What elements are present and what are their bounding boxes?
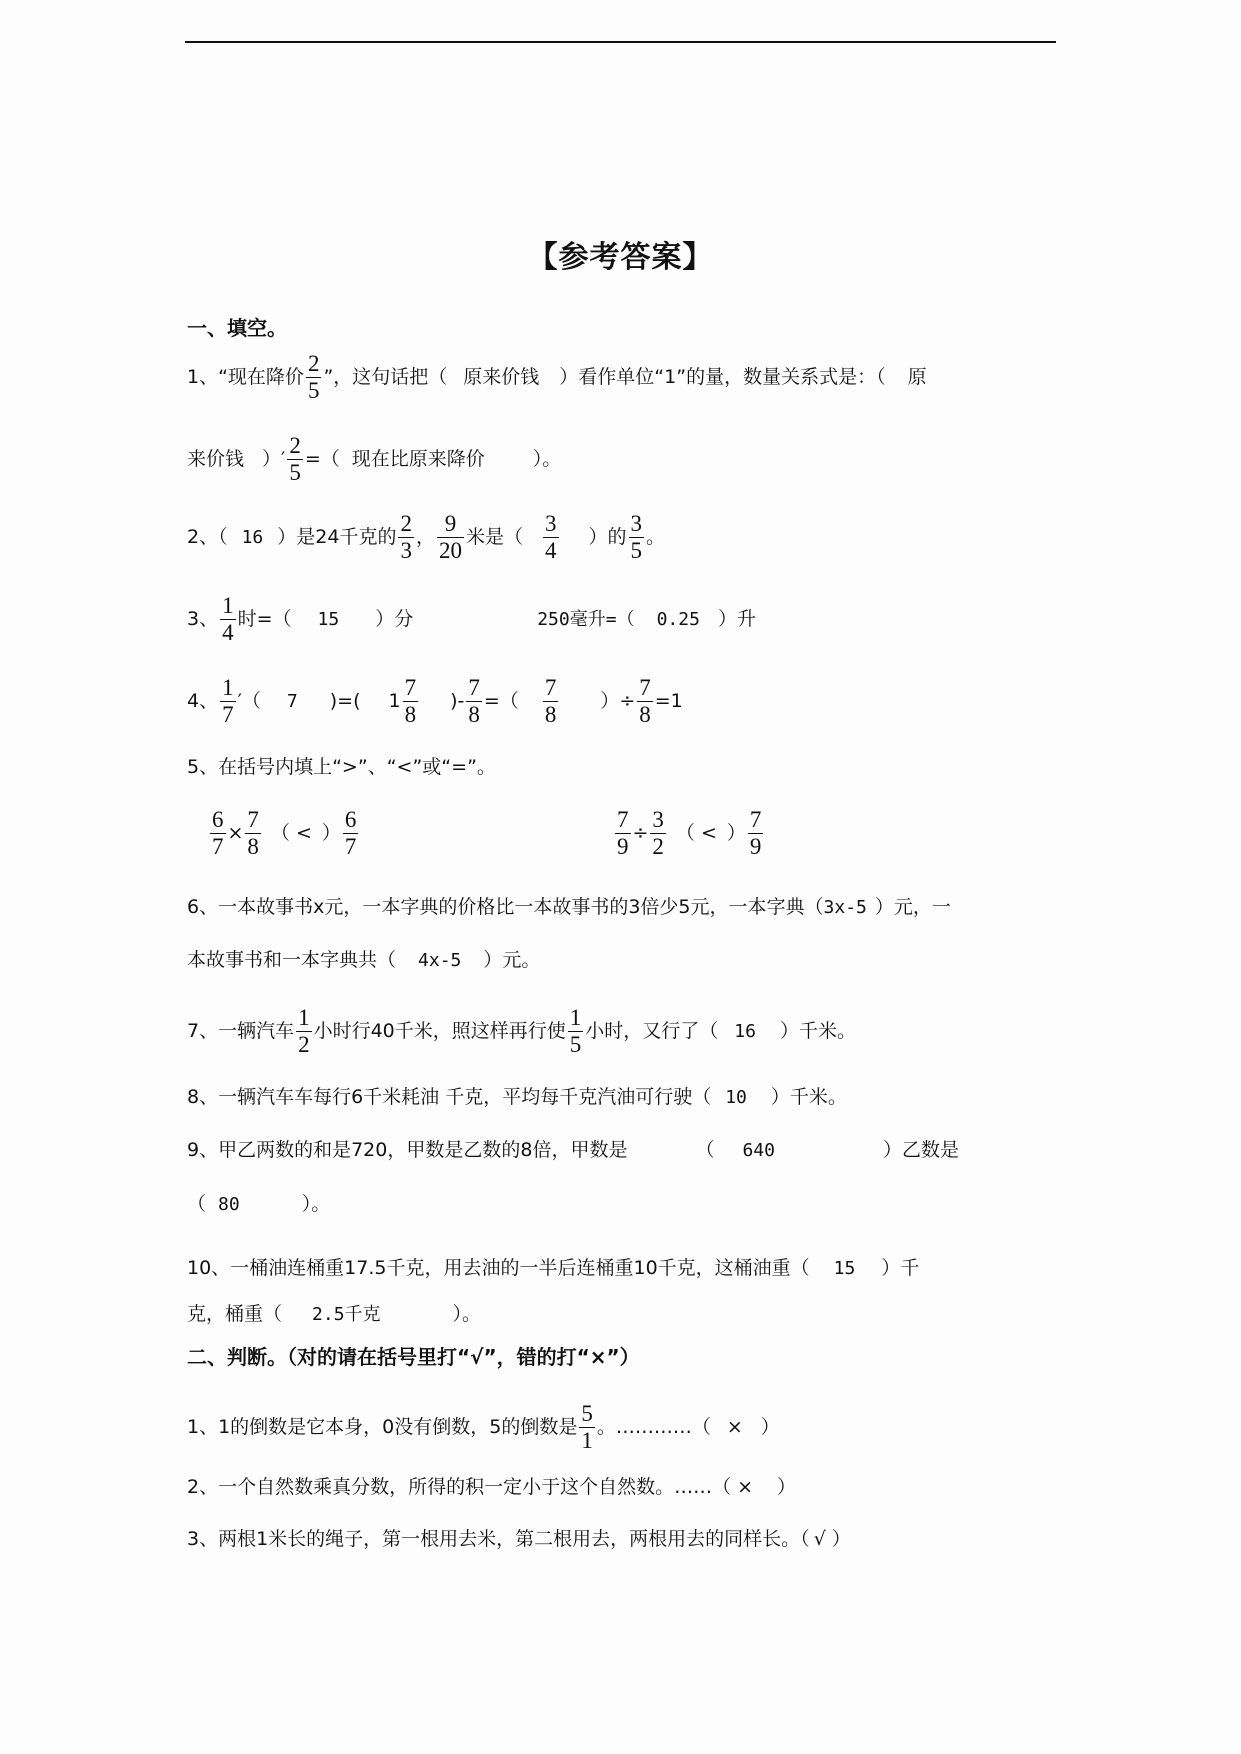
q9-line1: 9、甲乙两数的和是720，甲数是乙数的8倍，甲数是 （ 640 ）乙数是 [187,1141,959,1160]
text: 3、 [187,610,218,629]
text: 。 [646,528,665,547]
q7-line: 7、一辆汽车 12 小时行40千米，照这样再行使 15 小时，又行了（ 16 ）… [187,1006,856,1057]
text: ）。 [533,450,562,469]
text: ）看作单位“1”的量，数量关系式是：（ [559,368,885,387]
answer: < [296,824,312,843]
text: 2、一个自然数乘真分数，所得的积一定小于这个自然数。……（ [187,1478,731,1497]
fraction: 78 [637,676,653,727]
text: ）是24千克的 [277,528,396,547]
q6-line1: 6、一本故事书x元，一本字典的价格比一本故事书的3倍少5元，一本字典（ 3x-5… [187,898,951,917]
fraction: 23 [398,512,414,563]
answer: 640 [742,1142,775,1160]
text: ）。 [302,1195,331,1214]
text: ）乙数是 [883,1141,959,1160]
answer: × [737,1478,753,1497]
text: 5、在括号内填上“>”、“<”或“=”。 [187,758,496,777]
header-rule [185,41,1056,43]
q4-line: 4、 17 ′（ 7 )=( 1 78 )- 78 =（ 78 ）÷ 78 =1 [187,676,683,727]
section1-heading: 一、填空。 [187,312,287,341]
fraction: 17 [220,676,236,727]
text: 3、两根1米长的绳子，第一根用去米，第二根用去，两根用去的同样长。（ [187,1530,810,1549]
answer-mixed-number: 1 78 [389,676,421,727]
q5-right-comparison: 79 ÷ 32 （ < ） 79 [613,808,765,859]
text: ”，这句话把（ [323,368,447,387]
text: ）的 [589,528,627,547]
text: ）分 [375,610,413,629]
text: ）千米。 [771,1088,847,1107]
answer: × [727,1418,743,1437]
text: 米是（ [466,528,523,547]
answer: 15 [834,1260,856,1278]
text: （ [676,824,695,843]
answer-fraction: 34 [543,512,559,563]
answer: 现在比原来降价 [352,450,485,469]
text: ）升 [718,610,756,629]
text: （ [271,824,290,843]
text: ， [416,528,435,547]
q1-line1: 1、“现在降价 25 ”，这句话把（ 原来价钱 ）看作单位“1”的量，数量关系式… [187,352,927,403]
text: )=( [330,692,361,711]
text: 小时，又行了（ [585,1022,718,1041]
text: ）÷ [600,692,635,711]
answer: 10 [725,1089,747,1107]
text: ）千米。 [780,1022,856,1041]
text: 7、一辆汽车 [187,1022,294,1041]
text: 6、一本故事书x元，一本字典的价格比一本故事书的3倍少5元，一本字典（ [187,898,824,917]
text: ）千 [881,1259,919,1278]
q9-line2: （ 80 ）。 [187,1195,330,1214]
fraction: 14 [220,594,236,645]
text: =1 [655,692,683,711]
answer: 4x-5 [418,952,461,970]
q10-line2: 克，桶重（ 2.5千克 ）。 [187,1305,481,1324]
answer: < [701,824,717,843]
answer: 80 [218,1196,240,1214]
text: =（ [484,692,519,711]
text: ）′ [262,450,285,469]
text: 1、“现在降价 [187,368,304,387]
q5-prompt: 5、在括号内填上“>”、“<”或“=”。 [187,758,496,777]
s2-q2-line: 2、一个自然数乘真分数，所得的积一定小于这个自然数。……（ × ） [187,1478,796,1497]
text: ）元。 [483,951,540,970]
text: 4、 [187,692,218,711]
page-title: 【参考答案】 [0,232,1241,276]
text: ）元，一 [875,898,951,917]
answer: √ [814,1530,826,1549]
text: 时=（ [238,610,292,629]
q6-line2: 本故事书和一本字典共（ 4x-5 ）元。 [187,951,540,970]
text: 来价钱 [187,450,244,469]
text: =（ [305,450,340,469]
s2-q3-line: 3、两根1米长的绳子，第一根用去米，第二根用去，两根用去的同样长。（ √ ） [187,1530,851,1549]
text: ） [322,824,341,843]
answer: 原来价钱 [463,368,539,387]
text: ） [761,1418,780,1437]
q3-line: 3、 14 时=（ 15 ）分 250毫升=（ 0.25 ）升 [187,594,756,645]
q1-line2: 来价钱 ）′ 25 =（ 现在比原来降价 ）。 [187,434,561,485]
q2-line: 2、（ 16 ）是24千克的 23 ， 920 米是（ 34 ）的 35 。 [187,512,665,563]
fraction: 25 [306,352,322,403]
text: 10、一桶油连桶重17.5千克，用去油的一半后连桶重10千克，这桶油重（ [187,1259,810,1278]
text: 2、（ [187,528,228,547]
text: 。…………（ [597,1418,711,1437]
q8-line: 8、一辆汽车车每行6千米耗油 千克，平均每千克汽油可行驶（ 10 ）千米。 [187,1088,847,1107]
text: 1、1的倒数是它本身，0没有倒数，5的倒数是 [187,1418,577,1437]
text: （ [695,1141,714,1160]
answer-fraction: 78 [543,676,559,727]
fraction: 25 [287,434,303,485]
operator: × [228,824,244,843]
text: 8、一辆汽车车每行6千米耗油 千克，平均每千克汽油可行驶（ [187,1088,711,1107]
q5-left-comparison: 67 × 78 （ < ） 67 [208,808,360,859]
text: ） [832,1530,851,1549]
answer: 15 [318,611,340,629]
operator: ÷ [633,824,649,843]
text: 原 [908,368,927,387]
text: 小时行40千米，照这样再行使 [314,1022,566,1041]
fraction: 78 [466,676,482,727]
answer: 3x-5 [824,899,867,917]
answer: 16 [242,529,264,547]
answer: 7 [287,693,298,711]
text: )- [450,692,464,711]
text: ） [777,1478,796,1497]
text: （ [187,1195,206,1214]
text: 9、甲乙两数的和是720，甲数是乙数的8倍，甲数是 [187,1141,627,1160]
text: 250毫升=（ [537,611,634,629]
answer: 2.5千克 [312,1306,381,1324]
text: ） [727,824,746,843]
fraction: 920 [437,512,464,563]
text: ）。 [453,1305,482,1324]
answer: 0.25 [657,611,700,629]
text: ′（ [238,692,261,711]
q10-line1: 10、一桶油连桶重17.5千克，用去油的一半后连桶重10千克，这桶油重（ 15 … [187,1259,919,1278]
text: 本故事书和一本字典共（ [187,951,396,970]
s2-q1-line: 1、1的倒数是它本身，0没有倒数，5的倒数是 51 。…………（ × ） [187,1402,780,1453]
answer: 16 [734,1023,756,1041]
section2-heading: 二、判断。（对的请在括号里打“√”，错的打“×”） [187,1341,640,1370]
fraction: 35 [629,512,645,563]
text: 克，桶重（ [187,1305,282,1324]
